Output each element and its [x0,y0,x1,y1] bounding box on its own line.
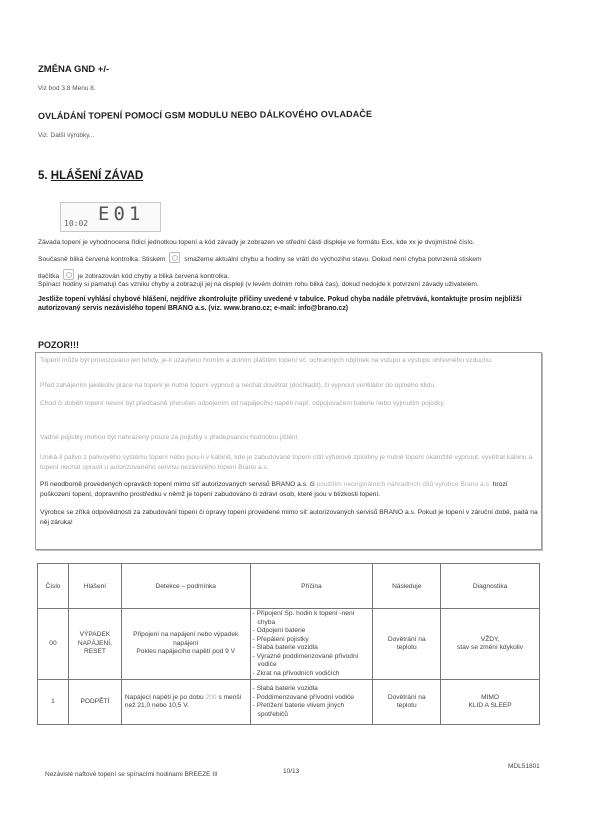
warning-item: Uniká-li palivo z palivového systému top… [40,453,538,472]
cell-diagnostics: MIMO KLID A SLEEP [441,680,540,725]
section-heading-faults: 5. HLÁŠENÍ ZÁVAD [38,170,143,182]
cause-item: - Slabá baterie vozidla [253,644,370,653]
cell-causes: - Připojení Sp. hodin k topení -není chy… [250,609,373,680]
cell-diagnostics: VŽDY, stav se změní kdykoliv [441,609,540,680]
repair-text-b: použitím neoriginálních náhradních dílů … [316,481,490,488]
warning-disclaimer: Výrobce se zříká odpovědnosti za zabudov… [40,508,538,527]
gsm-note: Viz. Další výrobky... [38,132,94,139]
fault-p3-a: tlačítka [38,273,59,280]
footer-doc-code: MDL51801 [508,763,540,770]
warning-item: Vadné pojistky mohou být nahrazeny pouze… [40,433,538,443]
detection-faded: 200 [206,694,217,701]
fault-p2-a: Současně bliká červená kontrolka. Stiske… [38,256,166,263]
table-header-row: Číslo Hlášení Detekce – podmínka Příčina… [38,564,540,609]
fault-p2: Současně bliká červená kontrolka. Stiske… [38,252,588,265]
diagnostics-line: KLID A SLEEP [444,702,536,711]
col-header: Příčina [250,564,373,609]
section-title: HLÁŠENÍ ZÁVAD [51,170,143,182]
cell-number: 1 [38,680,69,725]
col-header: Diagnostika [441,564,540,609]
warning-repair: Při neodborně provedených opravách topen… [40,480,538,499]
fault-p2-b: smažeme aktuální chybu a hodiny se vrátí… [184,256,481,263]
warning-item: Topení může být provozováno jen tehdy, j… [40,356,538,366]
col-header: Následuje [373,564,441,609]
cause-item: - Poddimenzované přívodní vodiče [253,694,370,703]
diagnostics-line: stav se změní kdykoliv [444,644,536,653]
cause-item: - Přepálení pojistky [253,636,370,645]
cell-causes: - Slabá baterie vozidla - Poddimenzované… [250,680,373,725]
cell-detection: Připojení na napájení nebo výpadek napáj… [121,609,250,680]
message-line: RESET [72,648,118,657]
footer-product: Nezávislé naftové topení se spínacími ho… [45,771,218,778]
message-line: VÝPADEK [72,631,118,640]
lcd-time: 10:02 [64,219,88,228]
cause-item: - Slabá baterie vozidla [253,685,370,694]
follows-line: Dovětrání na [376,636,437,645]
lcd-error-code: E01 [98,203,144,225]
footer-page-number: 10/13 [283,768,299,775]
message-line: NAPÁJENÍ, [72,640,118,649]
diagnostics-line: VŽDY, [444,636,536,645]
warning-item: Chod či doběh topení nesmí být předčasně… [40,399,538,409]
button-icon [63,269,74,280]
fault-description: Závada topení je vyhodnocena řídicí jedn… [38,238,588,290]
cell-follows: Dovětrání na teplotu [373,609,441,680]
fault-p4: Spínací hodiny si pamatují čas vzniku ch… [38,280,588,290]
col-header: Číslo [38,564,69,609]
cause-item: - Připojení Sp. hodin k topení -není chy… [253,610,370,627]
warning-title: POZOR!!! [38,340,79,350]
gnd-note: Viz bod 3.8 Menu 8. [38,85,96,92]
col-header: Hlášení [68,564,121,609]
repair-text-a: Při neodborně provedených opravách topen… [40,481,315,488]
cell-message: VÝPADEK NAPÁJENÍ, RESET [68,609,121,680]
fault-table: Číslo Hlášení Detekce – podmínka Příčina… [37,563,540,725]
heading-gnd: ZMĚNA GND +/- [38,64,109,75]
detection-line: Připojení na napájení nebo výpadek napáj… [125,631,247,648]
follows-line: Dovětrání na [376,694,437,703]
warning-box: Topení může být provozováno jen tehdy, j… [35,352,542,550]
col-header: Detekce – podmínka [121,564,250,609]
cause-item: - Přetížení baterie vlivem jiných spotře… [253,702,370,719]
cell-message: PODPĚTÍ [68,680,121,725]
button-icon [169,252,180,263]
fault-p1: Závada topení je vyhodnocena řídicí jedn… [38,238,588,248]
cell-number: 00 [38,609,69,680]
fault-p3-b: je zobrazován kód chyby a bliká červená … [78,273,229,280]
heading-gsm: OVLÁDÁNÍ TOPENÍ POMOCÍ GSM MODULU NEBO D… [38,109,372,121]
cell-detection: Napájecí napětí je po dobu 200 s menší n… [121,680,250,725]
cause-item: - Výrazně poddimenzované přívodní vodiče [253,653,370,670]
diagnostics-line: MIMO [444,694,536,703]
warning-item: Před zahájením jakékoliv práce na topení… [40,381,538,391]
lcd-display: 10:02 E01 [60,202,161,232]
message-line: PODPĚTÍ [72,698,118,707]
table-row: 1 PODPĚTÍ Napájecí napětí je po dobu 200… [38,680,540,725]
cell-follows: Dovětrání na teplotu [373,680,441,725]
cause-item: - Odpojení baterie [253,627,370,636]
table-row: 00 VÝPADEK NAPÁJENÍ, RESET Připojení na … [38,609,540,680]
follows-line: teplotu [376,702,437,711]
contact-notice: Jestliže topení vyhlásí chybové hlášení,… [38,295,558,313]
detection-text: Napájecí napětí je po dobu [125,694,204,701]
section-number: 5. [38,170,48,182]
follows-line: teplotu [376,644,437,653]
detection-line: Pokles napájecího napětí pod 9 V [125,648,247,657]
cause-item: - Zkrat na přívodních vodičích [253,670,370,679]
